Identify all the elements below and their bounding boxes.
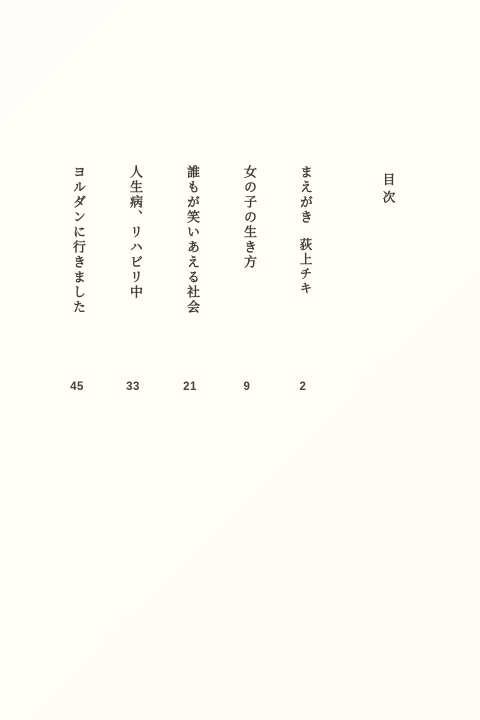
toc-entry-title: 女の子の生き方 [242,165,257,270]
toc-entry-preface: まえがき荻上チキ [296,165,315,296]
toc-page-number: 33 [113,381,153,393]
toc-entry-title: 誰もが笑いあえる社会 [185,165,200,315]
toc-entry-author: 荻上チキ [298,238,312,296]
toc-entry-society-laughing-together: 誰もが笑いあえる社会 [183,165,202,315]
toc-entry-title: 人生病、リハビリ中 [128,165,143,300]
toc-page-number: 2 [283,381,323,393]
toc-entry-title: ヨルダンに行きました [71,165,86,315]
toc-page-number: 9 [227,381,267,393]
toc-page-number: 21 [170,381,210,393]
toc-entry-girls-way-of-life: 女の子の生き方 [240,165,259,270]
toc-entry-life-illness-rehab: 人生病、リハビリ中 [126,165,145,300]
toc-entry-title: まえがき [298,165,313,225]
toc-page: 目次 まえがき荻上チキ 女の子の生き方 誰もが笑いあえる社会 人生病、リハビリ中… [0,0,480,720]
toc-page-number: 45 [57,381,97,393]
toc-entry-went-to-jordan: ヨルダンに行きました [69,165,88,315]
page-title: 目次 [379,173,397,208]
title-author-spacer [299,225,312,238]
